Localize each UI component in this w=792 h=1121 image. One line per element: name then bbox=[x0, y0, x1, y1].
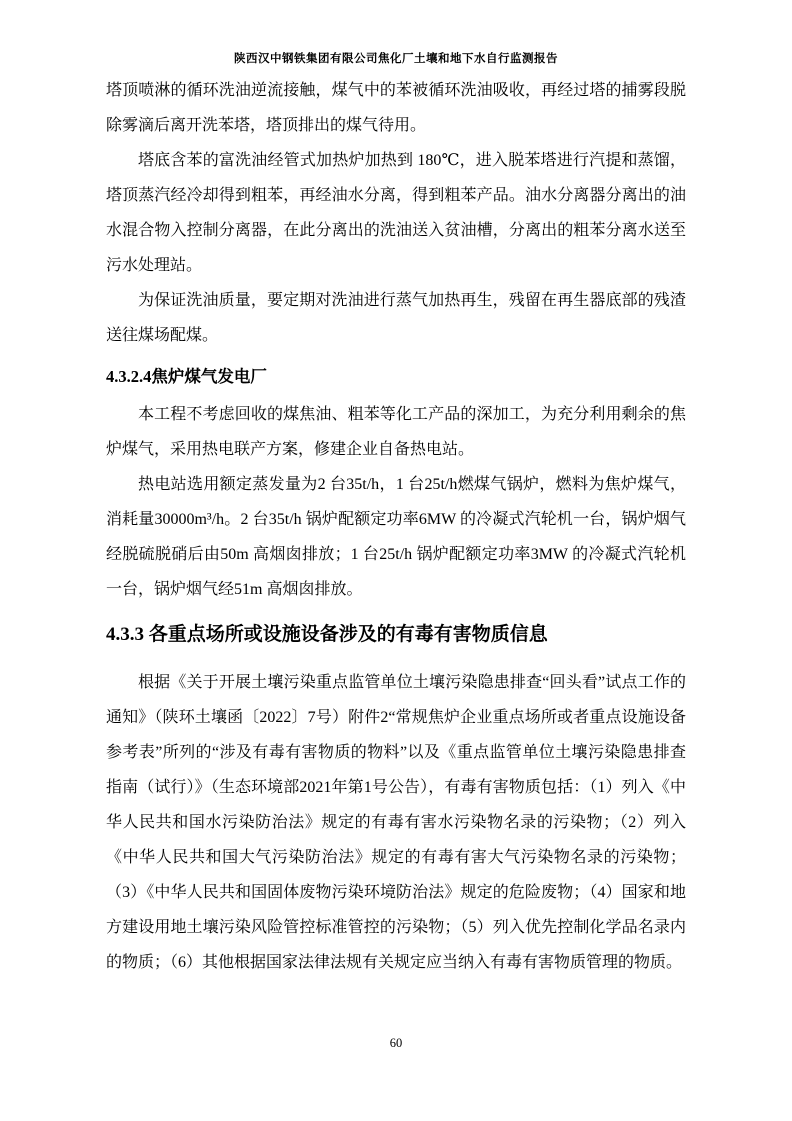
paragraph-toxic-substance-definitions: 根据《关于开展土壤污染重点监管单位土壤污染隐患排查“回头看”试点工作的通知》（陕… bbox=[106, 665, 686, 980]
section-heading-4-3-3: 4.3.3 各重点场所或设施设备涉及的有毒有害物质信息 bbox=[106, 620, 686, 650]
paragraph-power-plant-intro: 本工程不考虑回收的煤焦油、粗苯等化工产品的深加工，为充分利用剩余的焦炉煤气，采用… bbox=[106, 397, 686, 467]
page-number: 60 bbox=[0, 1036, 792, 1051]
paragraph-boiler-specs: 热电站选用额定蒸发量为2 台35t/h，1 台25t/h燃煤气锅炉，燃料为焦炉煤… bbox=[106, 467, 686, 607]
paragraph-debenzolization-process: 塔底含苯的富洗油经管式加热炉加热到 180℃，进入脱苯塔进行汽提和蒸馏，塔顶蒸汽… bbox=[106, 143, 686, 283]
page-content: 塔顶喷淋的循环洗油逆流接触，煤气中的苯被循环洗油吸收，再经过塔的捕雾段脱除雾滴后… bbox=[106, 73, 686, 980]
paragraph-wash-oil-regeneration: 为保证洗油质量，要定期对洗油进行蒸气加热再生，残留在再生器底部的残渣送往煤场配煤… bbox=[106, 283, 686, 353]
section-heading-4-3-2-4: 4.3.2.4焦炉煤气发电厂 bbox=[106, 364, 686, 390]
document-header-title: 陕西汉中钢铁集团有限公司焦化厂土壤和地下水自行监测报告 bbox=[0, 50, 792, 66]
paragraph-benzene-washing-continuation: 塔顶喷淋的循环洗油逆流接触，煤气中的苯被循环洗油吸收，再经过塔的捕雾段脱除雾滴后… bbox=[106, 73, 686, 143]
document-page: 陕西汉中钢铁集团有限公司焦化厂土壤和地下水自行监测报告 塔顶喷淋的循环洗油逆流接… bbox=[0, 0, 792, 1121]
